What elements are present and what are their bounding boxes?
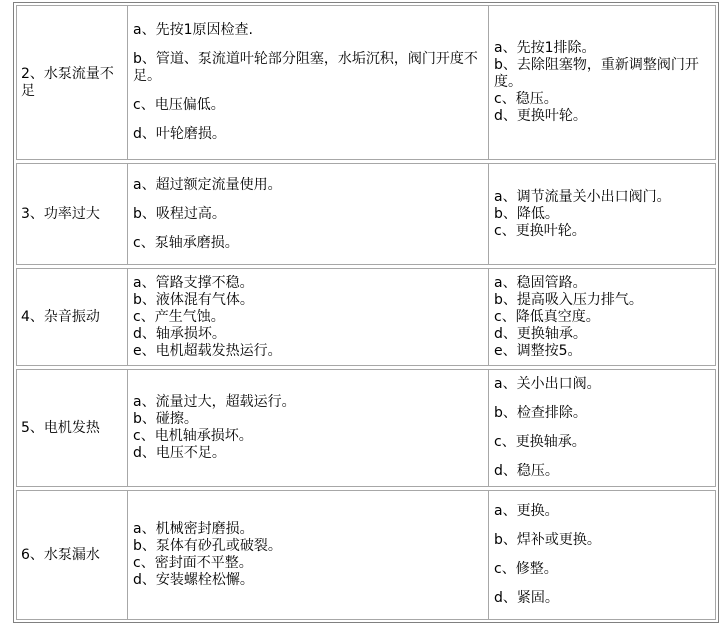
cause-line: b、碰擦。 <box>133 411 484 428</box>
cause-line: a、先按1原因检查. <box>133 22 484 39</box>
cause-line: d、叶轮磨损。 <box>133 126 484 143</box>
causes-cell: a、机械密封磨损。b、泵体有砂孔或破裂。c、密封面不平整。d、安装螺栓松懈。 <box>127 491 488 619</box>
solution-line: a、关小出口阀。 <box>494 376 711 393</box>
cause-line: c、泵轴承磨损。 <box>133 235 484 252</box>
cause-line: a、超过额定流量使用。 <box>133 177 484 194</box>
solution-line: b、提高吸入压力排气。 <box>494 292 711 309</box>
table-row: 5、电机发热a、流量过大，超载运行。b、碰擦。c、电机轴承损坏。d、电压不足。a… <box>16 369 716 487</box>
problem-label: 5、电机发热 <box>21 420 123 437</box>
problem-label: 4、杂音振动 <box>21 309 123 326</box>
solution-line: c、修整。 <box>494 561 711 578</box>
solution-line: a、更换。 <box>494 503 711 520</box>
solution-line: c、稳压。 <box>494 91 711 108</box>
solution-line: d、稳压。 <box>494 463 711 480</box>
solutions-cell: a、稳固管路。b、提高吸入压力排气。c、降低真空度。d、更换轴承。e、调整按5。 <box>488 269 715 365</box>
cause-line: c、电压偏低。 <box>133 97 484 114</box>
solution-line: c、更换叶轮。 <box>494 223 711 240</box>
solution-line: b、降低。 <box>494 206 711 223</box>
solution-line: a、先按1排除。 <box>494 40 711 57</box>
table-row: 6、水泵漏水a、机械密封磨损。b、泵体有砂孔或破裂。c、密封面不平整。d、安装螺… <box>16 490 716 620</box>
cause-line: d、轴承损坏。 <box>133 326 484 343</box>
cause-line: c、产生气蚀。 <box>133 309 484 326</box>
causes-cell: a、流量过大，超载运行。b、碰擦。c、电机轴承损坏。d、电压不足。 <box>127 370 488 486</box>
solution-line: b、检查排除。 <box>494 405 711 422</box>
cause-line: c、电机轴承损坏。 <box>133 428 484 445</box>
problem-cell: 3、功率过大 <box>17 164 127 264</box>
solution-line: e、调整按5。 <box>494 343 711 360</box>
cause-line: b、管道、泵流道叶轮部分阻塞，水垢沉积，阀门开度不足。 <box>133 51 484 85</box>
causes-cell: a、超过额定流量使用。b、吸程过高。c、泵轴承磨损。 <box>127 164 488 264</box>
solution-line: b、去除阻塞物，重新调整阀门开度。 <box>494 57 711 91</box>
solution-line: d、更换叶轮。 <box>494 108 711 125</box>
problem-cell: 6、水泵漏水 <box>17 491 127 619</box>
problem-label: 6、水泵漏水 <box>21 547 123 564</box>
solution-line: d、紧固。 <box>494 590 711 607</box>
solution-line: d、更换轴承。 <box>494 326 711 343</box>
troubleshooting-table-frame: 2、水泵流量不足a、先按1原因检查.b、管道、泵流道叶轮部分阻塞，水垢沉积，阀门… <box>13 2 719 623</box>
cause-line: b、吸程过高。 <box>133 206 484 223</box>
solution-line: c、更换轴承。 <box>494 434 711 451</box>
table-row: 4、杂音振动a、管路支撑不稳。b、液体混有气体。c、产生气蚀。d、轴承损坏。e、… <box>16 268 716 366</box>
problem-label: 3、功率过大 <box>21 206 123 223</box>
table-row: 2、水泵流量不足a、先按1原因检查.b、管道、泵流道叶轮部分阻塞，水垢沉积，阀门… <box>16 5 716 160</box>
problem-label: 2、水泵流量不足 <box>21 66 123 100</box>
troubleshooting-table: 2、水泵流量不足a、先按1原因检查.b、管道、泵流道叶轮部分阻塞，水垢沉积，阀门… <box>16 5 716 620</box>
solutions-cell: a、先按1排除。b、去除阻塞物，重新调整阀门开度。c、稳压。d、更换叶轮。 <box>488 6 715 159</box>
cause-line: b、泵体有砂孔或破裂。 <box>133 538 484 555</box>
cause-line: e、电机超载发热运行。 <box>133 343 484 360</box>
solution-line: a、调节流量关小出口阀门。 <box>494 189 711 206</box>
solution-line: b、焊补或更换。 <box>494 532 711 549</box>
cause-line: d、安装螺栓松懈。 <box>133 572 484 589</box>
problem-cell: 2、水泵流量不足 <box>17 6 127 159</box>
causes-cell: a、先按1原因检查.b、管道、泵流道叶轮部分阻塞，水垢沉积，阀门开度不足。c、电… <box>127 6 488 159</box>
cause-line: c、密封面不平整。 <box>133 555 484 572</box>
solutions-cell: a、调节流量关小出口阀门。b、降低。c、更换叶轮。 <box>488 164 715 264</box>
solution-line: a、稳固管路。 <box>494 275 711 292</box>
table-row: 3、功率过大a、超过额定流量使用。b、吸程过高。c、泵轴承磨损。a、调节流量关小… <box>16 163 716 265</box>
cause-line: a、机械密封磨损。 <box>133 521 484 538</box>
cause-line: b、液体混有气体。 <box>133 292 484 309</box>
solution-line: c、降低真空度。 <box>494 309 711 326</box>
problem-cell: 4、杂音振动 <box>17 269 127 365</box>
cause-line: a、管路支撑不稳。 <box>133 275 484 292</box>
causes-cell: a、管路支撑不稳。b、液体混有气体。c、产生气蚀。d、轴承损坏。e、电机超载发热… <box>127 269 488 365</box>
solutions-cell: a、更换。b、焊补或更换。c、修整。d、紧固。 <box>488 491 715 619</box>
page: 2、水泵流量不足a、先按1原因检查.b、管道、泵流道叶轮部分阻塞，水垢沉积，阀门… <box>0 0 728 629</box>
cause-line: d、电压不足。 <box>133 445 484 462</box>
solutions-cell: a、关小出口阀。b、检查排除。c、更换轴承。d、稳压。 <box>488 370 715 486</box>
problem-cell: 5、电机发热 <box>17 370 127 486</box>
cause-line: a、流量过大，超载运行。 <box>133 394 484 411</box>
